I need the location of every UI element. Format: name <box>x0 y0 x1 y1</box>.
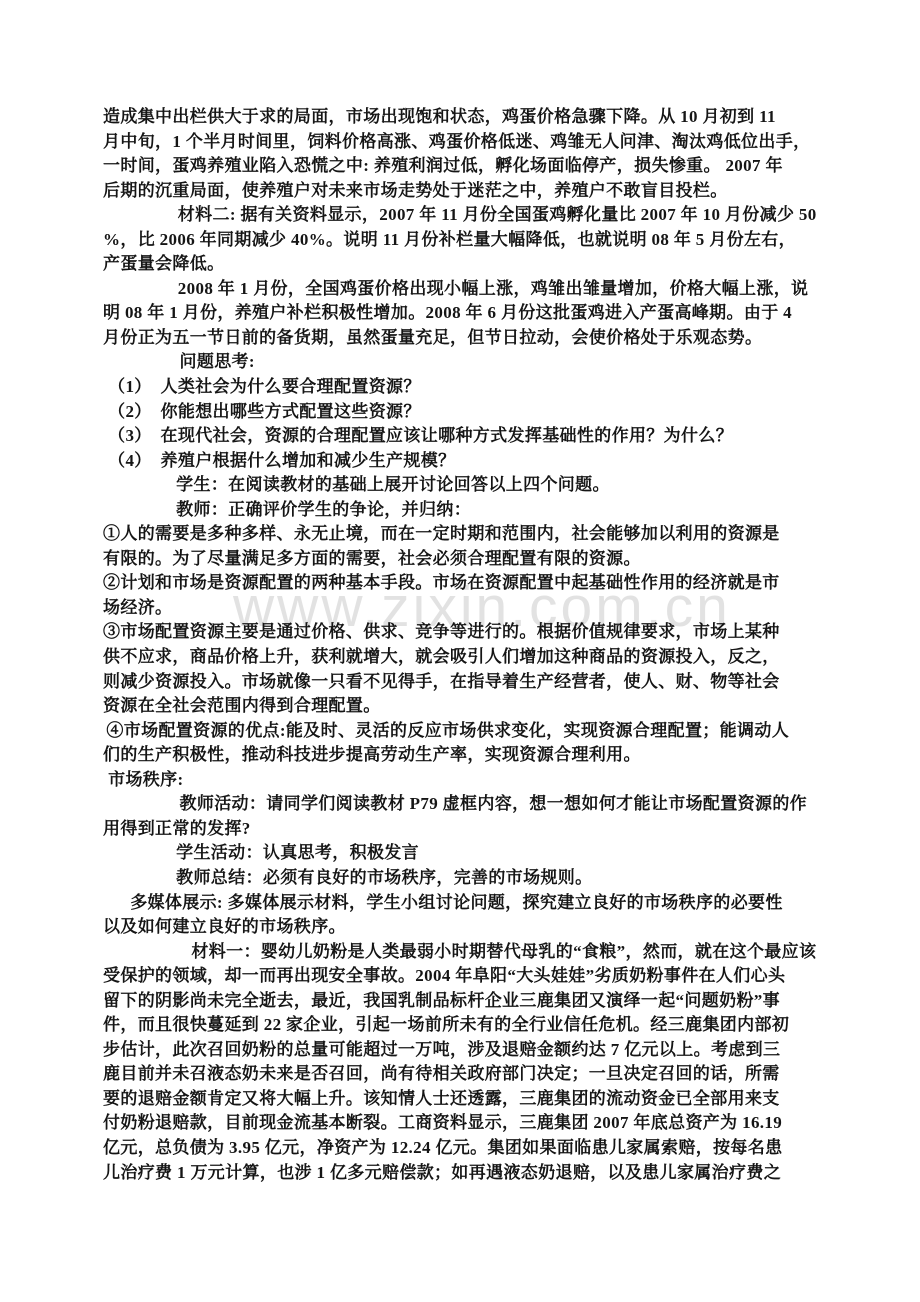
text-line: 要的退赔金额肯定又将大幅上升。该知情人士还透露，三鹿集团的流动资金已全部用来支 <box>103 1087 827 1112</box>
text-line: 件，而且很快蔓延到 22 家企业，引起一场前所未有的全行业信任危机。经三鹿集团内… <box>103 1013 827 1038</box>
text-line: 资源在全社会范围内得到合理配置。 <box>103 694 827 719</box>
text-line: 教师活动：请同学们阅读教材 P79 虚框内容，想一想如何才能让市场配置资源的作 <box>103 792 827 817</box>
document-body: 造成集中出栏供大于求的局面，市场出现饱和状态，鸡蛋价格急骤下降。从 10 月初到… <box>103 105 827 1185</box>
text-line: 步估计，此次召回奶粉的总量可能超过一万吨，涉及退赔金额约达 7 亿元以上。考虑到… <box>103 1038 827 1063</box>
text-line: 有限的。为了尽量满足多方面的需要，社会必须合理配置有限的资源。 <box>103 547 827 572</box>
text-line: 产蛋量会降低。 <box>103 252 827 277</box>
text-line: （1） 人类社会为什么要合理配置资源？ <box>103 375 827 400</box>
text-line: 教师总结：必须有良好的市场秩序，完善的市场规则。 <box>103 866 827 891</box>
text-line: 场经济。 <box>103 596 827 621</box>
text-line: 用得到正常的发挥? <box>103 817 827 842</box>
text-line: 受保护的领域，却一而再出现安全事故。2004 年阜阳“大头娃娃”劣质奶粉事件在人… <box>103 964 827 989</box>
text-line: 多媒体展示: 多媒体展示材料，学生小组讨论问题，探究建立良好的市场秩序的必要性 <box>103 891 827 916</box>
text-line: %，比 2006 年同期减少 40%。说明 11 月份补栏量大幅降低，也就说明 … <box>103 228 827 253</box>
text-line: 以及如何建立良好的市场秩序。 <box>103 915 827 940</box>
text-line: （3） 在现代社会，资源的合理配置应该让哪种方式发挥基础性的作用？为什么？ <box>103 424 827 449</box>
text-line: 明 08 年 1 月份，养殖户补栏积极性增加。2008 年 6 月份这批蛋鸡进入… <box>103 301 827 326</box>
text-line: 儿治疗费 1 万元计算，也涉 1 亿多元赔偿款；如再遇液态奶退赔，以及患儿家属治… <box>103 1161 827 1186</box>
document-page: www.zixin.com.cn 造成集中出栏供大于求的局面，市场出现饱和状态，… <box>0 0 920 1302</box>
text-line: 市场秩序: <box>103 768 827 793</box>
text-line: 材料一：婴幼儿奶粉是人类最弱小时期替代母乳的“食粮”，然而，就在这个最应该 <box>103 940 827 965</box>
text-line: 一时间，蛋鸡养殖业陷入恐慌之中: 养殖利润过低，孵化场面临停产，损失惨重。 20… <box>103 154 827 179</box>
text-line: 月份正为五一节日前的备货期，虽然蛋量充足，但节日拉动，会使价格处于乐观态势。 <box>103 326 827 351</box>
text-line: 造成集中出栏供大于求的局面，市场出现饱和状态，鸡蛋价格急骤下降。从 10 月初到… <box>103 105 827 130</box>
text-line: 亿元，总负债为 3.95 亿元，净资产为 12.24 亿元。集团如果面临患儿家属… <box>103 1136 827 1161</box>
text-line: 们的生产积极性，推动科技进步提高劳动生产率，实现资源合理利用。 <box>103 743 827 768</box>
text-line: 月中旬，1 个半月时间里，饲料价格高涨、鸡蛋价格低迷、鸡雏无人问津、淘汰鸡低位出… <box>103 130 827 155</box>
text-line: 2008 年 1 月份，全国鸡蛋价格出现小幅上涨，鸡雏出雏量增加，价格大幅上涨，… <box>103 277 827 302</box>
text-line: ①人的需要是多种多样、永无止境，而在一定时期和范围内，社会能够加以利用的资源是 <box>103 522 827 547</box>
text-line: 后期的沉重局面，使养殖户对未来市场走势处于迷茫之中，养殖户不敢盲目投栏。 <box>103 179 827 204</box>
text-line: ④市场配置资源的优点:能及时、灵活的反应市场供求变化，实现资源合理配置；能调动人 <box>103 719 827 744</box>
text-line: 留下的阴影尚未完全逝去，最近，我国乳制品标杆企业三鹿集团又演绎一起“问题奶粉”事 <box>103 989 827 1014</box>
text-line: 教师：正确评价学生的争论，并归纳： <box>103 498 827 523</box>
text-line: 材料二: 据有关资料显示，2007 年 11 月份全国蛋鸡孵化量比 2007 年… <box>103 203 827 228</box>
text-line: 问题思考: <box>103 350 827 375</box>
text-line: （4） 养殖户根据什么增加和减少生产规模？ <box>103 449 827 474</box>
text-line: 付奶粉退赔款，目前现金流基本断裂。工商资料显示，三鹿集团 2007 年底总资产为… <box>103 1111 827 1136</box>
text-line: 鹿目前并未召液态奶未来是否召回，尚有待相关政府部门决定；一旦决定召回的话，所需 <box>103 1062 827 1087</box>
text-line: ②计划和市场是资源配置的两种基本手段。市场在资源配置中起基础性作用的经济就是市 <box>103 571 827 596</box>
text-line: （2） 你能想出哪些方式配置这些资源？ <box>103 400 827 425</box>
text-line: 供不应求，商品价格上升，获利就增大，就会吸引人们增加这种商品的资源投入，反之， <box>103 645 827 670</box>
text-line: 则减少资源投入。市场就像一只看不见得手，在指导着生产经营者，使人、财、物等社会 <box>103 670 827 695</box>
text-line: ③市场配置资源主要是通过价格、供求、竞争等进行的。根据价值规律要求，市场上某种 <box>103 620 827 645</box>
text-line: 学生：在阅读教材的基础上展开讨论回答以上四个问题。 <box>103 473 827 498</box>
text-line: 学生活动：认真思考，积极发言 <box>103 841 827 866</box>
